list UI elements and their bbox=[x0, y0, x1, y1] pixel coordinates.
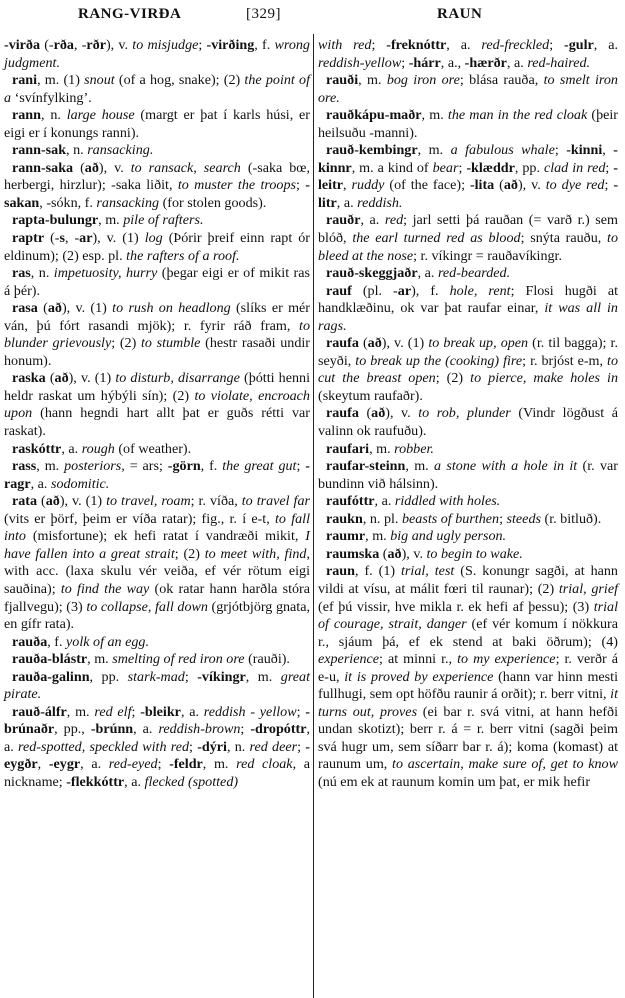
entry-text: (vits er þörf, þeim er víða ratar); fig.… bbox=[4, 511, 275, 527]
definition: with red bbox=[318, 37, 371, 53]
dictionary-entry: rauði, m. bog iron ore; blása rauða, to … bbox=[318, 72, 618, 107]
entry-text: (- bbox=[44, 230, 59, 246]
definition: clad in red bbox=[544, 160, 605, 176]
entry-text: , m. bbox=[369, 441, 394, 457]
definition: to collapse, fall down bbox=[86, 599, 208, 615]
headword: -flekkóttr bbox=[66, 774, 124, 790]
headword: að bbox=[55, 370, 69, 386]
entry-text: , m. a kind of bbox=[352, 160, 433, 176]
definition: riddled with holes. bbox=[395, 493, 500, 509]
definition: reddish - yellow bbox=[204, 704, 297, 720]
headword: raptr bbox=[12, 230, 44, 246]
entry-text: ( bbox=[46, 370, 55, 386]
entry-text: ; bbox=[198, 37, 206, 53]
entry-text: , a. bbox=[375, 493, 395, 509]
definition: red-haired. bbox=[527, 55, 590, 71]
headword: ar bbox=[79, 230, 92, 246]
definition: to pierce, make holes in bbox=[470, 370, 618, 386]
headword: -dýri bbox=[197, 739, 227, 755]
entry-text: , pp. bbox=[90, 669, 128, 685]
definition: to rush on headlong bbox=[112, 300, 231, 316]
dictionary-entry: rauða-blástr, m. smelting of red iron or… bbox=[4, 651, 310, 669]
headword: -virða bbox=[4, 37, 40, 53]
dictionary-entry: raufa (að), v. (1) to break up, open (r.… bbox=[318, 335, 618, 405]
headword: raskóttr bbox=[12, 441, 61, 457]
dictionary-entry: raukn, n. pl. beasts of burthen; steeds … bbox=[318, 511, 618, 529]
headword: rann-sak bbox=[12, 142, 66, 158]
definition: ransacking bbox=[96, 195, 159, 211]
entry-text: , a. bbox=[31, 476, 51, 492]
dictionary-entry: rann-sak, n. ransacking. bbox=[4, 142, 310, 160]
headword: rauð-skeggjaðr bbox=[326, 265, 418, 281]
entry-text: ( bbox=[73, 160, 85, 176]
definition: trial, test bbox=[401, 563, 454, 579]
entry-text: , f. bbox=[201, 458, 223, 474]
definition: red-spotted, speckled with red bbox=[18, 739, 189, 755]
headword: rauð-álfr bbox=[12, 704, 67, 720]
entry-text: ; bbox=[555, 142, 566, 158]
page-number: [329] bbox=[246, 6, 281, 23]
entry-text: ), v. bbox=[106, 37, 132, 53]
dictionary-entry: raumr, m. big and ugly person. bbox=[318, 528, 618, 546]
dictionary-entry: rass, m. posteriors, = ars; -görn, f. th… bbox=[4, 458, 310, 493]
definition: to begin to wake. bbox=[427, 546, 523, 562]
entry-text: ( bbox=[494, 177, 504, 193]
entry-text: , a. bbox=[181, 704, 204, 720]
headword: að bbox=[48, 300, 62, 316]
definition: yolk of an egg. bbox=[66, 634, 149, 650]
headword: að bbox=[85, 160, 99, 176]
headword: raukn bbox=[326, 511, 363, 527]
entry-text: (of the face); bbox=[384, 177, 470, 193]
definition: reddish. bbox=[357, 195, 402, 211]
definition: red-bearded. bbox=[438, 265, 510, 281]
headword: raufa bbox=[326, 335, 359, 351]
dictionary-entry: rasa (að), v. (1) to rush on headlong (s… bbox=[4, 300, 310, 370]
entry-text: ), f. bbox=[411, 283, 449, 299]
headword: að bbox=[46, 493, 60, 509]
entry-text: , pp., bbox=[54, 721, 91, 737]
entry-text: (r. bitluð). bbox=[541, 511, 601, 527]
entry-text: ; bbox=[240, 721, 250, 737]
entry-text: (rauði). bbox=[245, 651, 290, 667]
headword: að bbox=[504, 177, 518, 193]
definition: to break up, open bbox=[428, 335, 528, 351]
dictionary-entry: rani, m. (1) snout (of a hog, snake); (2… bbox=[4, 72, 310, 107]
headword: rauða bbox=[12, 634, 47, 650]
headword: -hárr bbox=[409, 55, 441, 71]
entry-text: , -sókn, f. bbox=[39, 195, 96, 211]
definition: steeds bbox=[507, 511, 541, 527]
entry-text: , a. bbox=[80, 756, 109, 772]
headword: raun bbox=[326, 563, 355, 579]
definition: trial, grief bbox=[559, 581, 618, 597]
definition: pile of rafters. bbox=[123, 212, 203, 228]
entry-text: , m. bbox=[358, 72, 387, 88]
entry-text: ; bbox=[549, 37, 564, 53]
entry-text: (pl. - bbox=[352, 283, 398, 299]
definition: smelting of red iron ore bbox=[112, 651, 244, 667]
headword: raufóttr bbox=[326, 493, 375, 509]
entry-text: , f. bbox=[254, 37, 274, 53]
definition: the man in the red cloak bbox=[448, 107, 587, 123]
headword: raska bbox=[12, 370, 46, 386]
dictionary-entry: rann-saka (að), v. to ransack, search (-… bbox=[4, 160, 310, 213]
dictionary-entry: rauðr, a. red; jarl setti þá rauðan (= v… bbox=[318, 212, 618, 265]
entry-text: = ars; bbox=[125, 458, 168, 474]
entry-text: (nú em ek at raunum komin um þat, er mik… bbox=[318, 774, 590, 790]
definition: to stumble bbox=[141, 335, 201, 351]
column-divider bbox=[313, 34, 314, 998]
definition: red-freckled bbox=[481, 37, 549, 53]
headword: -görn bbox=[168, 458, 201, 474]
entry-text: ), v. bbox=[402, 546, 427, 562]
definition: to muster the troops bbox=[178, 177, 296, 193]
right-guide-word: RAUN bbox=[437, 6, 482, 23]
headword: rauðr bbox=[326, 212, 360, 228]
definition: to travel, roam bbox=[106, 493, 191, 509]
dictionary-entry: rauð-skeggjaðr, a. red-bearded. bbox=[318, 265, 618, 283]
entry-text: ; r. brjóst e-m, bbox=[522, 353, 607, 369]
dictionary-entry: raumska (að), v. to begin to wake. bbox=[318, 546, 618, 564]
definition: reddish-yellow bbox=[318, 55, 401, 71]
dictionary-entry: raska (að), v. (1) to disturb, disarrang… bbox=[4, 370, 310, 440]
definition: experience bbox=[318, 651, 379, 667]
headword: raufari bbox=[326, 441, 369, 457]
dictionary-entry: raptr (-s, -ar), v. (1) log (Þórir þreif… bbox=[4, 230, 310, 265]
headword: -bleikr bbox=[140, 704, 181, 720]
entry-text: , n. bbox=[31, 265, 54, 281]
entry-text: , m. bbox=[67, 704, 95, 720]
entry-text: ), v. bbox=[518, 177, 546, 193]
dictionary-entry: ras, n. impetuosity, hurry (þegar eigi e… bbox=[4, 265, 310, 300]
headword: rauði bbox=[326, 72, 358, 88]
entry-text: , a. bbox=[61, 441, 81, 457]
dictionary-entry: rauðkápu-maðr, m. the man in the red clo… bbox=[318, 107, 618, 142]
definition: it is proved by experience bbox=[344, 669, 493, 685]
entry-text: ( bbox=[359, 405, 371, 421]
entry-text: ; bbox=[401, 55, 408, 71]
entry-text: , a. bbox=[594, 37, 618, 53]
entry-text: (ef þú vissir, hve mikla r. ek hefi af þ… bbox=[318, 599, 594, 615]
definition: flecked (spotted) bbox=[145, 774, 239, 790]
entry-text: , n. pl. bbox=[363, 511, 402, 527]
entry-text: , a. bbox=[124, 774, 144, 790]
dictionary-entry: rapta-bulungr, m. pile of rafters. bbox=[4, 212, 310, 230]
definition: to ransack, search bbox=[131, 160, 241, 176]
dictionary-entry: raskóttr, a. rough (of weather). bbox=[4, 441, 310, 459]
headword: raumr bbox=[326, 528, 365, 544]
definition: beasts of burthen bbox=[402, 511, 499, 527]
entry-text: ; blása rauða, bbox=[460, 72, 544, 88]
entry-text: ( bbox=[359, 335, 368, 351]
entry-text: , m. (1) bbox=[37, 72, 84, 88]
entry-text: , m. bbox=[418, 142, 451, 158]
entry-text: , a., bbox=[441, 55, 465, 71]
entry-text: , bbox=[343, 177, 351, 193]
headword: -brúnn bbox=[91, 721, 133, 737]
headword: -virðing bbox=[207, 37, 255, 53]
dictionary-entry: rann, n. large house (margt er þat í kar… bbox=[4, 107, 310, 142]
definition: to disturb, disarrange bbox=[115, 370, 240, 386]
entry-text: , m. bbox=[365, 528, 390, 544]
definition: to meet with, find bbox=[205, 546, 307, 562]
headword: rani bbox=[12, 72, 37, 88]
entry-text: ), v. bbox=[99, 160, 131, 176]
headword: -gulr bbox=[564, 37, 594, 53]
definition: the rafters of a roof. bbox=[126, 248, 239, 264]
entry-text: ; r. víkingr = rauðavíkingr. bbox=[413, 248, 562, 264]
dictionary-entry: rauða, f. yolk of an egg. bbox=[4, 634, 310, 652]
headword: rauðkápu-maðr bbox=[326, 107, 422, 123]
entry-text: ; bbox=[132, 704, 141, 720]
definition: log bbox=[145, 230, 163, 246]
headword: rass bbox=[12, 458, 36, 474]
headword: rasa bbox=[12, 300, 38, 316]
entry-text: ), v. (1) bbox=[62, 300, 112, 316]
headword: rða bbox=[54, 37, 74, 53]
definition: to find the way bbox=[61, 581, 149, 597]
entry-text: , f. bbox=[47, 634, 66, 650]
headword: rauf bbox=[326, 283, 352, 299]
definition: a stone with a hole in it bbox=[434, 458, 577, 474]
entry-text: ), v. (1) bbox=[60, 493, 106, 509]
headword: að bbox=[368, 335, 382, 351]
entry-text: ; bbox=[296, 177, 305, 193]
definition: red cloak bbox=[236, 756, 292, 772]
left-guide-word: RANG-VIRÐA bbox=[78, 6, 181, 23]
definition: a fabulous whale bbox=[451, 142, 555, 158]
definition: red elf bbox=[94, 704, 131, 720]
entry-text: ), v. (1) bbox=[382, 335, 429, 351]
page-header: RANG-VIRÐA [329] RAUN bbox=[0, 6, 625, 28]
entry-text: ; bbox=[499, 511, 506, 527]
dictionary-entry: with red; -freknóttr, a. red-freckled; -… bbox=[318, 37, 618, 72]
entry-text: , f. (1) bbox=[355, 563, 401, 579]
entry-text: ; at minni r., bbox=[379, 651, 457, 667]
dictionary-entry: raufari, m. robber. bbox=[318, 441, 618, 459]
entry-text: , m. bbox=[405, 458, 434, 474]
entry-text: , m. bbox=[87, 651, 112, 667]
headword: -feldr bbox=[169, 756, 203, 772]
definition: bear bbox=[433, 160, 459, 176]
headword: -kinni bbox=[566, 142, 602, 158]
headword: rauð-kembingr bbox=[326, 142, 418, 158]
entry-text: , m. bbox=[422, 107, 448, 123]
headword: -dropóttr bbox=[250, 721, 306, 737]
entry-text: , m. bbox=[98, 212, 123, 228]
entry-text: , n. bbox=[41, 107, 67, 123]
entry-text: ; bbox=[296, 458, 305, 474]
definition: big and ugly person. bbox=[390, 528, 506, 544]
definition: to my experience bbox=[457, 651, 555, 667]
definition: to rob, plunder bbox=[418, 405, 511, 421]
headword: -klæddr bbox=[466, 160, 515, 176]
entry-text: ; bbox=[371, 37, 386, 53]
entry-text: ‘svínfylking’. bbox=[11, 90, 92, 106]
headword: ar bbox=[398, 283, 411, 299]
definition: hole, rent bbox=[450, 283, 511, 299]
entry-text: , m. bbox=[203, 756, 236, 772]
entry-text: (of weather). bbox=[115, 441, 191, 457]
entry-text: ; r. víða, bbox=[191, 493, 242, 509]
entry-text: ; bbox=[297, 704, 306, 720]
entry-text: (skeytum raufaðr). bbox=[318, 388, 423, 404]
entry-text: (for stolen goods). bbox=[159, 195, 266, 211]
definition: to ascertain, make sure of, get to know bbox=[392, 756, 618, 772]
entry-text: (hann hegndi hart allt þat er guðs rétti… bbox=[4, 405, 310, 439]
headword: rauða-galinn bbox=[12, 669, 90, 685]
headword: -lita bbox=[470, 177, 494, 193]
headword: að bbox=[387, 546, 401, 562]
entry-text: , - bbox=[65, 230, 79, 246]
definition: the earl turned red as blood bbox=[352, 230, 520, 246]
definition: stark-mad bbox=[128, 669, 185, 685]
entry-text: , - bbox=[74, 37, 86, 53]
definition: red-eyed bbox=[109, 756, 158, 772]
dictionary-entry: raufa (að), v. to rob, plunder (Vindr lö… bbox=[318, 405, 618, 440]
dictionary-entry: raufar-steinn, m. a stone with a hole in… bbox=[318, 458, 618, 493]
definition: posteriors, bbox=[64, 458, 125, 474]
dictionary-entry: rauð-kembingr, m. a fabulous whale; -kin… bbox=[318, 142, 618, 212]
entry-text: ( bbox=[37, 493, 46, 509]
headword: raufar-steinn bbox=[326, 458, 405, 474]
entry-text: ; (2) bbox=[436, 370, 470, 386]
headword: rapta-bulungr bbox=[12, 212, 98, 228]
definition: red bbox=[385, 212, 403, 228]
entry-text: , a. bbox=[418, 265, 438, 281]
definition: to misjudge bbox=[132, 37, 198, 53]
headword: að bbox=[371, 405, 385, 421]
headword: -eygr bbox=[49, 756, 80, 772]
headword: rata bbox=[12, 493, 37, 509]
entry-text: (of a hog, snake); (2) bbox=[115, 72, 245, 88]
dictionary-entry: rauð-álfr, m. red elf; -bleikr, a. reddi… bbox=[4, 704, 310, 792]
headword: rann-saka bbox=[12, 160, 73, 176]
dictionary-entry: raufóttr, a. riddled with holes. bbox=[318, 493, 618, 511]
entry-text: ( bbox=[38, 300, 48, 316]
dictionary-entry: rauða-galinn, pp. stark-mad; -víkingr, m… bbox=[4, 669, 310, 704]
definition: robber. bbox=[394, 441, 434, 457]
entry-text: , pp. bbox=[515, 160, 544, 176]
dictionary-entry: rata (að), v. (1) to travel, roam; r. ví… bbox=[4, 493, 310, 633]
headword: -víkingr bbox=[197, 669, 246, 685]
entry-text: ), v. (1) bbox=[92, 230, 144, 246]
definition: large house bbox=[67, 107, 135, 123]
entry-text: ; snýta rauðu, bbox=[521, 230, 607, 246]
headword: ras bbox=[12, 265, 31, 281]
entry-text: , a. bbox=[360, 212, 384, 228]
definition: the great gut bbox=[222, 458, 296, 474]
entry-text: ; (2) bbox=[175, 546, 205, 562]
dictionary-entry: raun, f. (1) trial, test (S. konungr sag… bbox=[318, 563, 618, 791]
entry-text: ; bbox=[189, 739, 197, 755]
entry-text: ), v. bbox=[385, 405, 418, 421]
definition: ruddy bbox=[352, 177, 385, 193]
entry-text: , m. bbox=[36, 458, 64, 474]
definition: impetuosity, hurry bbox=[54, 265, 158, 281]
entry-text: ; bbox=[604, 177, 613, 193]
definition: bog iron ore bbox=[387, 72, 460, 88]
left-column: -virða (-rða, -rðr), v. to misjudge; -vi… bbox=[4, 37, 310, 792]
entry-text: (misfortune); ek hefi ratat í vandræði m… bbox=[26, 528, 305, 544]
headword: -hærðr bbox=[465, 55, 507, 71]
entry-text: , a. bbox=[446, 37, 481, 53]
entry-text: , n. bbox=[227, 739, 250, 755]
entry-text: , a. bbox=[133, 721, 158, 737]
definition: ransacking. bbox=[87, 142, 153, 158]
entry-text: ; bbox=[185, 669, 197, 685]
headword: rauða-blástr bbox=[12, 651, 87, 667]
headword: raumska bbox=[326, 546, 379, 562]
entry-text: (- bbox=[40, 37, 54, 53]
headword: -freknóttr bbox=[386, 37, 446, 53]
entry-text: ), v. (1) bbox=[69, 370, 116, 386]
dictionary-entry: rauf (pl. -ar), f. hole, rent; Flosi hug… bbox=[318, 283, 618, 336]
definition: to dye red bbox=[546, 177, 605, 193]
entry-text: ; (2) bbox=[111, 335, 141, 351]
entry-text: , a. bbox=[507, 55, 527, 71]
entry-text: , a. bbox=[337, 195, 357, 211]
headword: rðr bbox=[86, 37, 106, 53]
definition: reddish-brown bbox=[158, 721, 240, 737]
headword: raufa bbox=[326, 405, 359, 421]
entry-text: ; bbox=[158, 756, 170, 772]
entry-text: , n. bbox=[66, 142, 87, 158]
definition: sodomitic. bbox=[51, 476, 109, 492]
entry-text: , bbox=[602, 142, 613, 158]
right-column: with red; -freknóttr, a. red-freckled; -… bbox=[318, 37, 618, 792]
headword: rann bbox=[12, 107, 41, 123]
definition: to travel far bbox=[242, 493, 310, 509]
entry-text: , bbox=[38, 756, 49, 772]
definition: snout bbox=[84, 72, 115, 88]
entry-text: , m. bbox=[246, 669, 281, 685]
definition: to break up the (cooking) fire bbox=[355, 353, 522, 369]
dictionary-entry: -virða (-rða, -rðr), v. to misjudge; -vi… bbox=[4, 37, 310, 72]
definition: red deer bbox=[250, 739, 298, 755]
definition: rough bbox=[82, 441, 115, 457]
